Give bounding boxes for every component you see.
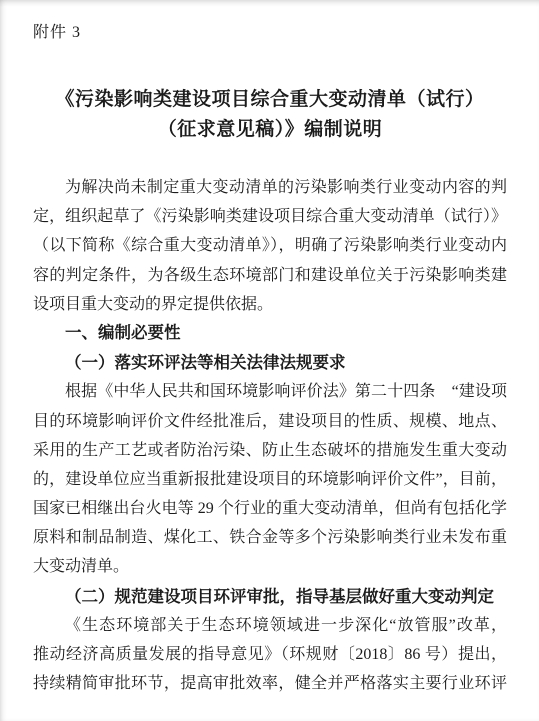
text-line: （以下简称《综合重大变动清单》），明确了污染影响类行业变动内 [33, 231, 507, 260]
text-line: 目的环境影响评价文件经批准后，建设项目的性质、规模、地点、 [33, 407, 507, 436]
text-line: 容的判定条件，为各级生态环境部门和建设单位关于污染影响类建 [33, 261, 507, 290]
attachment-label: 附件 3 [33, 22, 507, 44]
text-line: 大变动清单。 [33, 552, 507, 581]
subsection-heading: （一）落实环评法等相关法律法规要求 [33, 348, 507, 377]
text-line: 推动经济高质量发展的指导意见》（环规财〔2018〕86 号）提出，要 [33, 640, 507, 669]
text-line: 《生态环境部关于生态环境领域进一步深化“放管服”改革， [33, 611, 507, 640]
document-title-line: 《污染影响类建设项目综合重大变动清单（试行） [33, 85, 507, 115]
subsection-heading: （二）规范建设项目环评审批，指导基层做好重大变动判定 [33, 582, 507, 611]
text-line: 的，建设单位应当重新报批建设项目的环境影响评价文件”，目前， [33, 465, 507, 494]
text-line: 采用的生产工艺或者防治污染、防止生态破坏的措施发生重大变动 [33, 436, 507, 465]
document-page: 附件 3《污染影响类建设项目综合重大变动清单（试行）（征求意见稿）》编制说明为解… [0, 0, 539, 721]
document-content: 为解决尚未制定重大变动清单的污染影响类行业变动内容的判定，组织起草了《污染影响类… [33, 173, 507, 698]
document-title-line: （征求意见稿）》编制说明 [33, 115, 507, 145]
section-heading: 一、编制必要性 [33, 319, 507, 348]
text-line: 设项目重大变动的界定提供依据。 [33, 290, 507, 319]
text-line: 定，组织起草了《污染影响类建设项目综合重大变动清单（试行）》 [33, 202, 507, 231]
text-line: 国家已相继出台火电等 29 个行业的重大变动清单，但尚有包括化学 [33, 494, 507, 523]
text-line: 根据《中华人民共和国环境影响评价法》第二十四条 “建设项 [33, 377, 507, 406]
text-line: 为解决尚未制定重大变动清单的污染影响类行业变动内容的判 [33, 173, 507, 202]
text-line: 原料和制品制造、煤化工、铁合金等多个污染影响类行业未发布重 [33, 523, 507, 552]
text-line: 持续精简审批环节，提高审批效率，健全并严格落实主要行业环评 [33, 669, 507, 698]
document-title: 《污染影响类建设项目综合重大变动清单（试行）（征求意见稿）》编制说明 [33, 85, 507, 145]
document-body: 附件 3《污染影响类建设项目综合重大变动清单（试行）（征求意见稿）》编制说明为解… [33, 22, 507, 698]
